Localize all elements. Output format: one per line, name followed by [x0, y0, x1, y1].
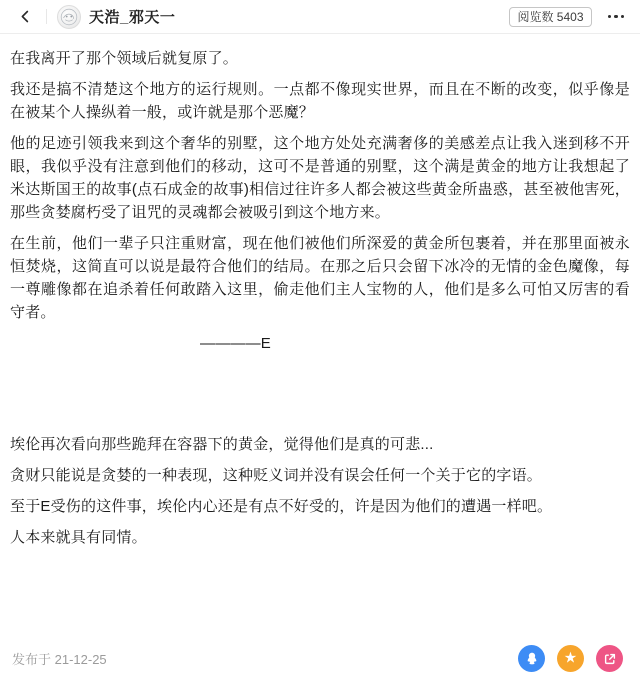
top-bar: 天浩_邪天一 阅览数 5403	[0, 0, 640, 34]
paragraph: 贪财只能说是贪婪的一种表现，这种贬义词并没有误会任何一个关于它的字语。	[10, 464, 630, 487]
publish-date: 发布于 21-12-25	[12, 649, 107, 668]
views-count-badge: 阅览数 5403	[509, 7, 591, 27]
paragraph: 至于E受伤的这件事，埃伦内心还是有点不好受的，许是因为他们的遭遇一样吧。	[10, 495, 630, 518]
share-arrow-icon	[603, 652, 617, 666]
share-button[interactable]	[596, 645, 623, 672]
qzone-share-button[interactable]: ★	[557, 645, 584, 672]
paragraph: 我还是搞不清楚这个地方的运行规则。一点都不像现实世界，而且在不断的改变，似乎像是…	[10, 78, 630, 124]
ellipsis-icon	[608, 15, 625, 19]
signature-line: ————E	[10, 332, 630, 355]
back-button[interactable]	[12, 4, 38, 30]
star-icon: ★	[564, 651, 577, 666]
paragraph: 他的足迹引领我来到这个奢华的别墅，这个地方处处充满奢侈的美感差点让我入迷到移不开…	[10, 132, 630, 224]
chevron-left-icon	[18, 9, 33, 24]
author-name: 天浩_邪天一	[89, 6, 175, 27]
story-content: 在我离开了那个领域后就复原了。 我还是搞不清楚这个地方的运行规则。一点都不像现实…	[0, 34, 640, 549]
paragraph: 在我离开了那个领域后就复原了。	[10, 47, 630, 70]
share-buttons: ★	[518, 645, 623, 672]
avatar-sketch-icon	[58, 5, 80, 29]
qq-share-button[interactable]	[518, 645, 545, 672]
reader-page: 天浩_邪天一 阅览数 5403 在我离开了那个领域后就复原了。 我还是搞不清楚这…	[0, 0, 640, 684]
paragraph: 在生前，他们一辈子只注重财富，现在他们被他们所深爱的黄金所包裹着，并在那里面被永…	[10, 232, 630, 324]
paragraph: 人本来就具有同情。	[10, 526, 630, 549]
paragraph: 埃伦再次看向那些跪拜在容器下的黄金，觉得他们是真的可悲...	[10, 433, 630, 456]
avatar[interactable]	[57, 5, 81, 29]
blank-space	[10, 363, 630, 425]
footer-bar: 发布于 21-12-25 ★	[0, 645, 640, 684]
qq-penguin-icon	[524, 651, 540, 667]
divider	[46, 9, 47, 24]
more-menu-button[interactable]	[606, 11, 627, 23]
